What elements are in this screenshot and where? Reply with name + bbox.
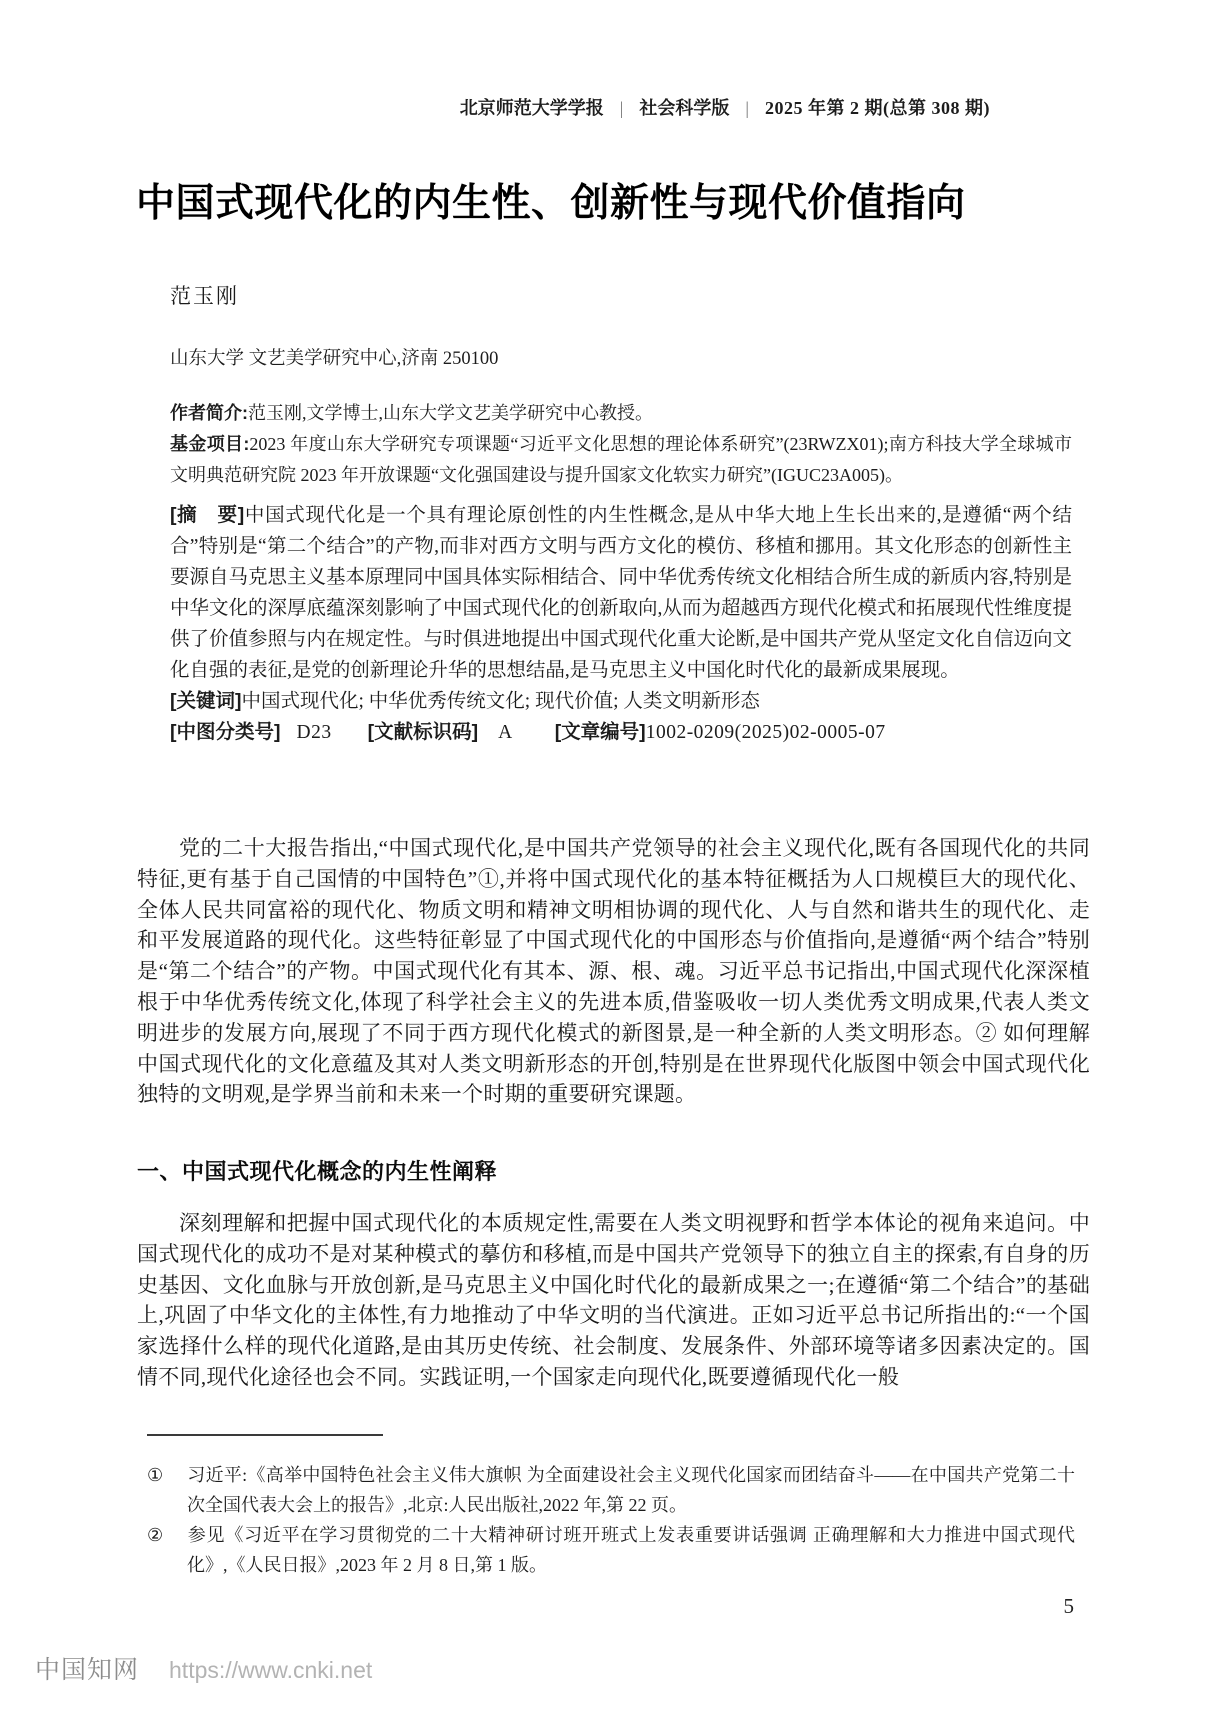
footnote-divider [147, 1434, 383, 1436]
fund-project: 基金项目:2023 年度山东大学研究专项课题“习近平文化思想的理论体系研究”(2… [170, 429, 1072, 491]
cnki-url: https://www.cnki.net [169, 1657, 372, 1683]
journal-name: 北京师范大学学报 [460, 98, 604, 118]
author-bio: 作者简介:范玉刚,文学博士,山东大学文艺美学研究中心教授。 [170, 398, 1072, 429]
footnotes: ①习近平:《高举中国特色社会主义伟大旗帜 为全面建设社会主义现代化国家而团结奋斗… [147, 1460, 1075, 1580]
footnote-2-text: 参见《习近平在学习贯彻党的二十大精神研讨班开班式上发表重要讲话强调 正确理解和大… [187, 1525, 1075, 1575]
body-paragraph-2: 深刻理解和把握中国式现代化的本质规定性,需要在人类文明视野和哲学本体论的视角来追… [137, 1208, 1090, 1393]
abstract: [摘 要]中国式现代化是一个具有理论原创性的内生性概念,是从中华大地上生长出来的… [170, 500, 1072, 686]
article-no-label: [文章编号] [555, 721, 646, 743]
cnki-brand: 中国知网 [35, 1656, 139, 1684]
author-affiliation: 山东大学 文艺美学研究中心,济南 250100 [170, 344, 498, 370]
footnote-2-marker: ② [147, 1520, 187, 1550]
author-bio-text: 范玉刚,文学博士,山东大学文艺美学研究中心教授。 [248, 403, 653, 423]
abstract-block: [摘 要]中国式现代化是一个具有理论原创性的内生性概念,是从中华大地上生长出来的… [170, 500, 1072, 748]
keywords-label: [关键词] [170, 690, 242, 712]
author-meta: 作者简介:范玉刚,文学博士,山东大学文艺美学研究中心教授。 基金项目:2023 … [170, 398, 1072, 491]
footnote-1: ①习近平:《高举中国特色社会主义伟大旗帜 为全面建设社会主义现代化国家而团结奋斗… [147, 1460, 1075, 1520]
clc-value: D23 [297, 722, 332, 743]
journal-edition: 社会科学版 [639, 98, 729, 118]
fund-text: 2023 年度山东大学研究专项课题“习近平文化思想的理论体系研究”(23RWZX… [170, 434, 1072, 485]
abstract-text: 中国式现代化是一个具有理论原创性的内生性概念,是从中华大地上生长出来的,是遵循“… [170, 505, 1072, 681]
doc-code-value: A [498, 722, 513, 743]
abstract-label: [摘 要] [170, 504, 244, 526]
cnki-footer: 中国知网https://www.cnki.net [35, 1650, 372, 1686]
document-page: 北京师范大学学报|社会科学版|2025 年第 2 期(总第 308 期) 中国式… [0, 0, 1224, 1717]
footnote-1-marker: ① [147, 1460, 187, 1490]
article-title: 中国式现代化的内生性、创新性与现代价值指向 [136, 172, 1089, 228]
fund-label: 基金项目: [170, 434, 249, 454]
doc-code-label: [文献标识码] [368, 721, 479, 743]
clc-label: [中图分类号] [170, 721, 281, 743]
body-paragraph-1: 党的二十大报告指出,“中国式现代化,是中国共产党领导的社会主义现代化,既有各国现… [137, 833, 1090, 1110]
author-bio-label: 作者简介: [170, 403, 248, 423]
footnote-1-text: 习近平:《高举中国特色社会主义伟大旗帜 为全面建设社会主义现代化国家而团结奋斗—… [187, 1465, 1075, 1515]
keywords: [关键词]中国式现代化; 中华优秀传统文化; 现代价值; 人类文明新形态 [170, 686, 1072, 717]
page-number: 5 [1064, 1594, 1075, 1619]
header-separator: | [745, 98, 749, 118]
journal-header: 北京师范大学学报|社会科学版|2025 年第 2 期(总第 308 期) [137, 94, 990, 120]
section-heading-1: 一、中国式现代化概念的内生性阐释 [137, 1155, 497, 1186]
journal-issue: 2025 年第 2 期(总第 308 期) [765, 98, 990, 118]
author-name: 范玉刚 [170, 280, 239, 310]
article-no-value: 1002-0209(2025)02-0005-07 [646, 722, 886, 743]
keywords-text: 中国式现代化; 中华优秀传统文化; 现代价值; 人类文明新形态 [242, 691, 760, 712]
header-separator: | [620, 98, 624, 118]
classification-line: [中图分类号]D23[文献标识码]A[文章编号]1002-0209(2025)0… [170, 717, 1072, 748]
footnote-2: ②参见《习近平在学习贯彻党的二十大精神研讨班开班式上发表重要讲话强调 正确理解和… [147, 1520, 1075, 1580]
